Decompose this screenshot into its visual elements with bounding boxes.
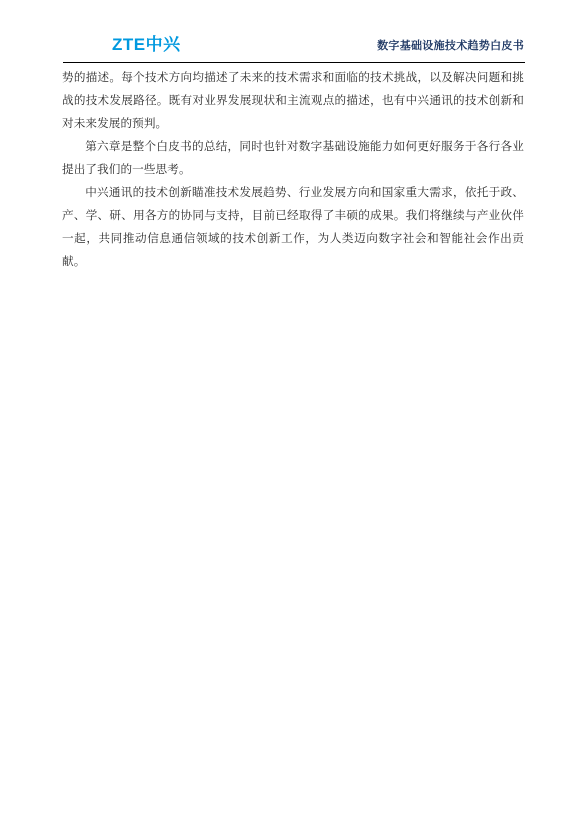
header-divider	[63, 62, 525, 63]
body-paragraph: 势的描述。每个技术方向均描述了未来的技术需求和面临的技术挑战，以及解决问题和挑战…	[62, 66, 524, 135]
document-body: 势的描述。每个技术方向均描述了未来的技术需求和面临的技术挑战，以及解决问题和挑战…	[62, 66, 524, 273]
document-page: ZTE中兴 数字基础设施技术趋势白皮书 势的描述。每个技术方向均描述了未来的技术…	[0, 0, 585, 829]
page-header: ZTE中兴 数字基础设施技术趋势白皮书	[62, 30, 524, 54]
body-paragraph: 中兴通讯的技术创新瞄准技术发展趋势、行业发展方向和国家重大需求，依托于政、产、学…	[62, 181, 524, 273]
header-title: 数字基础设施技术趋势白皮书	[377, 37, 524, 54]
body-paragraph: 第六章是整个白皮书的总结，同时也针对数字基础设施能力如何更好服务于各行各业提出了…	[62, 135, 524, 181]
zte-logo: ZTE中兴	[112, 36, 181, 54]
zte-logo-text: ZTE中兴	[112, 35, 181, 54]
